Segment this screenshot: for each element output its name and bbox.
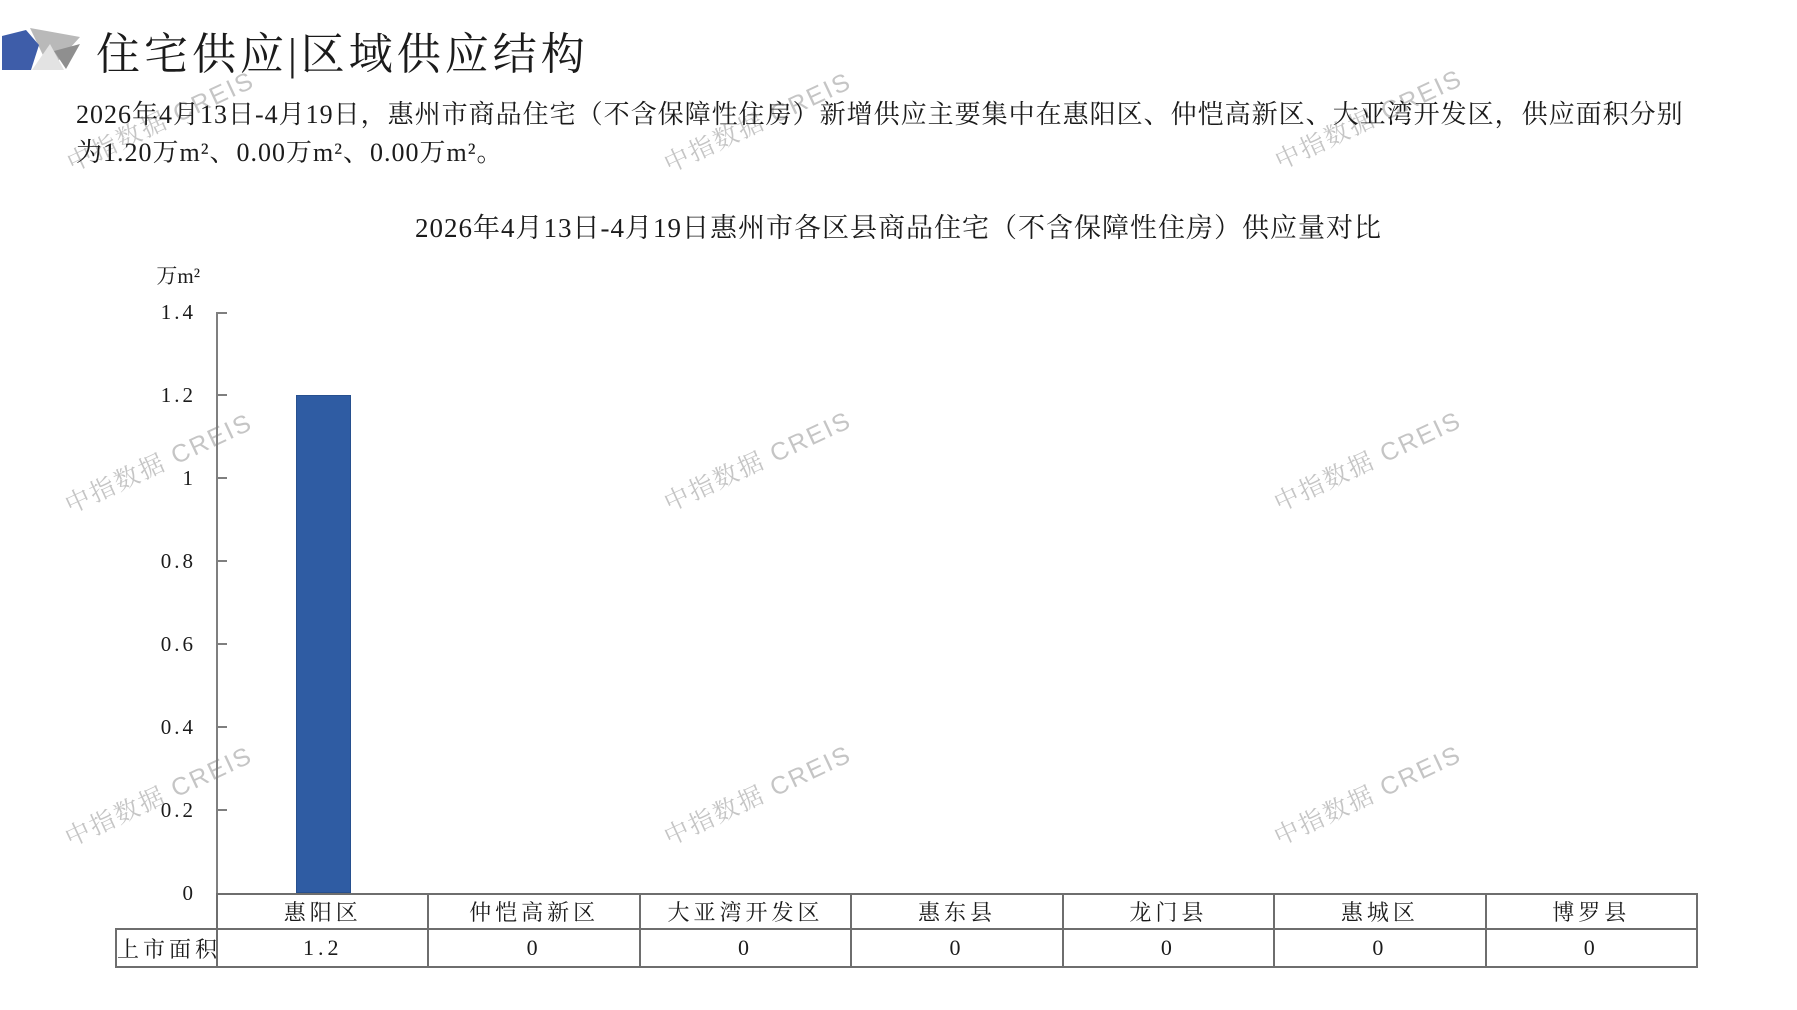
intro-text-line1: 2026年4月13日-4月19日，惠州市商品住宅（不含保障性住房）新增供应主要集… <box>76 100 1684 129</box>
plot-area <box>216 312 1700 893</box>
y-axis-tick-label: 0.2 <box>124 796 196 824</box>
chart-bar <box>296 395 351 893</box>
table-value-cell: 0 <box>428 929 639 967</box>
page-title: 住宅供应|区域供应结构 <box>96 18 589 82</box>
y-axis-tick <box>218 809 227 811</box>
y-axis-tick-label: 1 <box>124 464 196 492</box>
intro-paragraph: 2026年4月13日-4月19日，惠州市商品住宅（不含保障性住房）新增供应主要集… <box>76 96 1736 172</box>
table-header-cell: 大亚湾开发区 <box>640 894 851 929</box>
table-value-cell: 0 <box>1486 929 1697 967</box>
table-value-cell: 1.2 <box>217 929 428 967</box>
y-axis-tick <box>218 394 227 396</box>
y-axis-tick-label: 1.4 <box>124 298 196 326</box>
table-header-cell: 惠阳区 <box>217 894 428 929</box>
y-axis-unit-label: 万m² <box>100 260 200 290</box>
table-value-cell: 0 <box>1274 929 1485 967</box>
intro-text-line2: 为1.20万m²、0.00万m²、0.00万m²。 <box>76 138 504 167</box>
y-axis-tick-label: 0.4 <box>124 713 196 741</box>
chart-title: 2026年4月13日-4月19日惠州市各区县商品住宅（不含保障性住房）供应量对比 <box>0 206 1797 245</box>
y-axis-tick <box>218 726 227 728</box>
y-axis-tick-label: 0.8 <box>124 547 196 575</box>
table-header-cell: 博罗县 <box>1486 894 1697 929</box>
table-header-cell: 惠城区 <box>1274 894 1485 929</box>
table-header-cell: 龙门县 <box>1063 894 1274 929</box>
table-header-cell: 仲恺高新区 <box>428 894 639 929</box>
report-page: 中指数据 CREIS中指数据 CREIS中指数据 CREIS中指数据 CREIS… <box>0 0 1797 1010</box>
creis-logo-icon <box>2 24 80 70</box>
table-corner-cell <box>116 894 217 929</box>
table-value-cell: 0 <box>851 929 1062 967</box>
y-axis-tick-label: 0.6 <box>124 630 196 658</box>
table-value-cell: 0 <box>1063 929 1274 967</box>
y-axis-tick <box>218 560 227 562</box>
y-axis-tick <box>218 477 227 479</box>
table-row-label: 上市面积 <box>116 929 217 967</box>
y-axis-tick <box>218 312 227 314</box>
data-table: 惠阳区仲恺高新区大亚湾开发区惠东县龙门县惠城区博罗县上市面积1.2000000 <box>115 893 1698 968</box>
y-axis-tick-label: 1.2 <box>124 381 196 409</box>
table-value-cell: 0 <box>640 929 851 967</box>
y-axis-tick <box>218 643 227 645</box>
table-header-cell: 惠东县 <box>851 894 1062 929</box>
